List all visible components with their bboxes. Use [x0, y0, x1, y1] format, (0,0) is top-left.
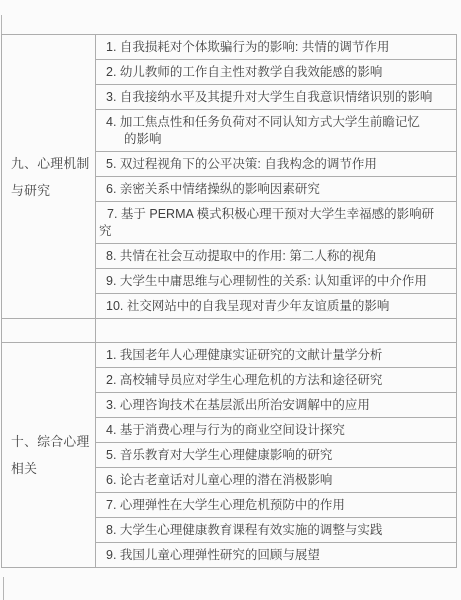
item-row: 2. 高校辅导员应对学生心理危机的方法和途径研究 — [96, 368, 456, 393]
spacer-row — [2, 319, 456, 343]
item-row: 5. 音乐教育对大学生心理健康影响的研究 — [96, 443, 456, 468]
topic-items: 1. 自我损耗对个体欺骗行为的影响: 共情的调节作用2. 幼儿教师的工作自主性对… — [96, 35, 456, 319]
item-row: 8. 大学生心理健康教育课程有效实施的调整与实践 — [96, 518, 456, 543]
section-psych-mechanisms: 九、心理机制与研究 1. 自我损耗对个体欺骗行为的影响: 共情的调节作用2. 幼… — [2, 35, 456, 319]
table-edge-fragment-bottom — [3, 577, 4, 600]
spacer-label-cell — [2, 319, 96, 342]
section-label-cell: 十、综合心理相关 — [2, 343, 96, 568]
item-row: 9. 大学生中庸思维与心理韧性的关系: 认知重评的中介作用 — [96, 269, 456, 294]
item-row: 6. 论古老童话对儿童心理的潜在消极影响 — [96, 468, 456, 493]
section-label: 九、心理机制与研究 — [11, 150, 91, 204]
spacer-content-cell — [96, 319, 456, 342]
item-row: 8. 共情在社会互动提取中的作用: 第二人称的视角 — [96, 244, 456, 269]
item-row: 10. 社交网站中的自我呈现对青少年友谊质量的影响 — [96, 294, 456, 319]
item-row: 1. 自我损耗对个体欺骗行为的影响: 共情的调节作用 — [96, 35, 456, 60]
item-row: 5. 双过程视角下的公平决策: 自我构念的调节作用 — [96, 152, 456, 177]
item-row: 1. 我国老年人心理健康实证研究的文献计量学分析 — [96, 343, 456, 368]
item-row: 9. 我国儿童心理弹性研究的回顾与展望 — [96, 543, 456, 568]
item-row: 4. 加工焦点性和任务负荷对不同认知方式大学生前瞻记忆 的影响 — [96, 110, 456, 152]
topic-items: 1. 我国老年人心理健康实证研究的文献计量学分析2. 高校辅导员应对学生心理危机… — [96, 343, 456, 568]
item-row: 7. 心理弹性在大学生心理危机预防中的作用 — [96, 493, 456, 518]
item-row: 3. 心理咨询技术在基层派出所治安调解中的应用 — [96, 393, 456, 418]
item-row: 4. 基于消费心理与行为的商业空间设计探究 — [96, 418, 456, 443]
table-edge-fragment-top — [1, 15, 2, 34]
topics-table: 九、心理机制与研究 1. 自我损耗对个体欺骗行为的影响: 共情的调节作用2. 幼… — [1, 34, 457, 568]
item-row: 6. 亲密关系中情绪操纵的影响因素研究 — [96, 177, 456, 202]
item-row: 7. 基于 PERMA 模式积极心理干预对大学生幸福感的影响研 究 — [96, 202, 456, 244]
section-label: 十、综合心理相关 — [11, 428, 91, 482]
section-label-cell: 九、心理机制与研究 — [2, 35, 96, 319]
section-comprehensive-psych: 十、综合心理相关 1. 我国老年人心理健康实证研究的文献计量学分析2. 高校辅导… — [2, 343, 456, 568]
item-row: 3. 自我接纳水平及其提升对大学生自我意识情绪识别的影响 — [96, 85, 456, 110]
item-row: 2. 幼儿教师的工作自主性对教学自我效能感的影响 — [96, 60, 456, 85]
